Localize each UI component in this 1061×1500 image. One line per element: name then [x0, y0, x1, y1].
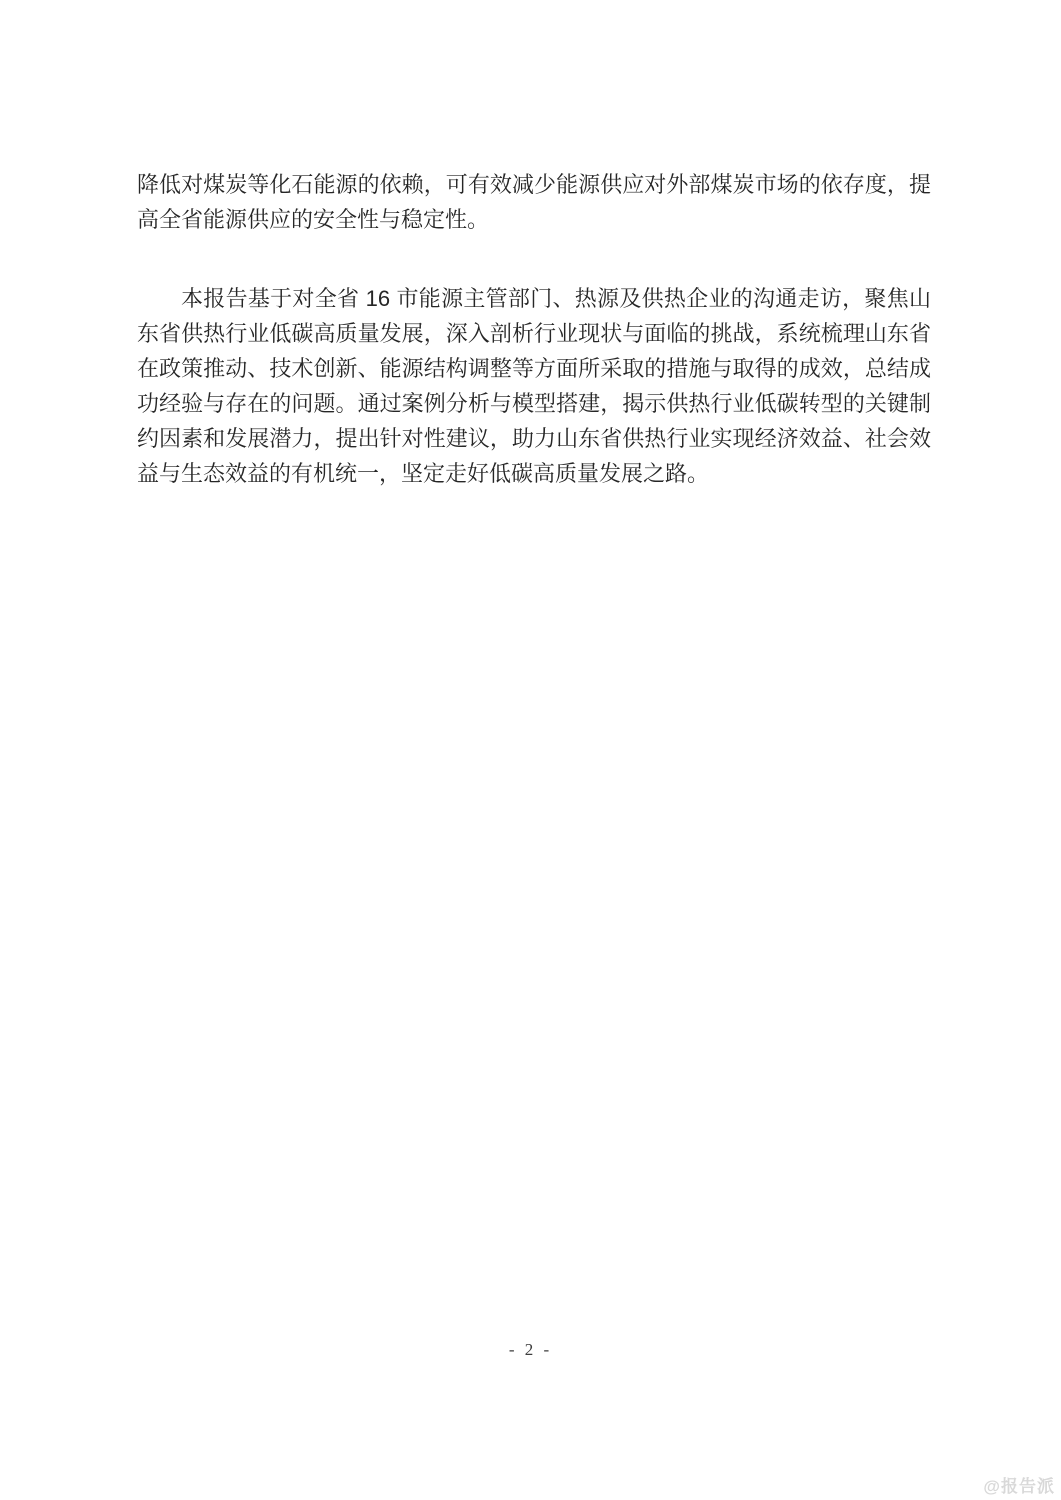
paragraph-continuation: 降低对煤炭等化石能源的依赖，可有效减少能源供应对外部煤炭市场的依存度，提高全省能… [137, 167, 931, 237]
document-page: 降低对煤炭等化石能源的依赖，可有效减少能源供应对外部煤炭市场的依存度，提高全省能… [0, 0, 1061, 1500]
watermark-baogaopai: @报告派 [983, 1472, 1055, 1497]
paragraph-report-summary: 本报告基于对全省 16 市能源主管部门、热源及供热企业的沟通走访，聚焦山东省供热… [137, 281, 931, 491]
body-text-block: 降低对煤炭等化石能源的依赖，可有效减少能源供应对外部煤炭市场的依存度，提高全省能… [137, 167, 931, 491]
page-number: - 2 - [0, 1340, 1061, 1360]
